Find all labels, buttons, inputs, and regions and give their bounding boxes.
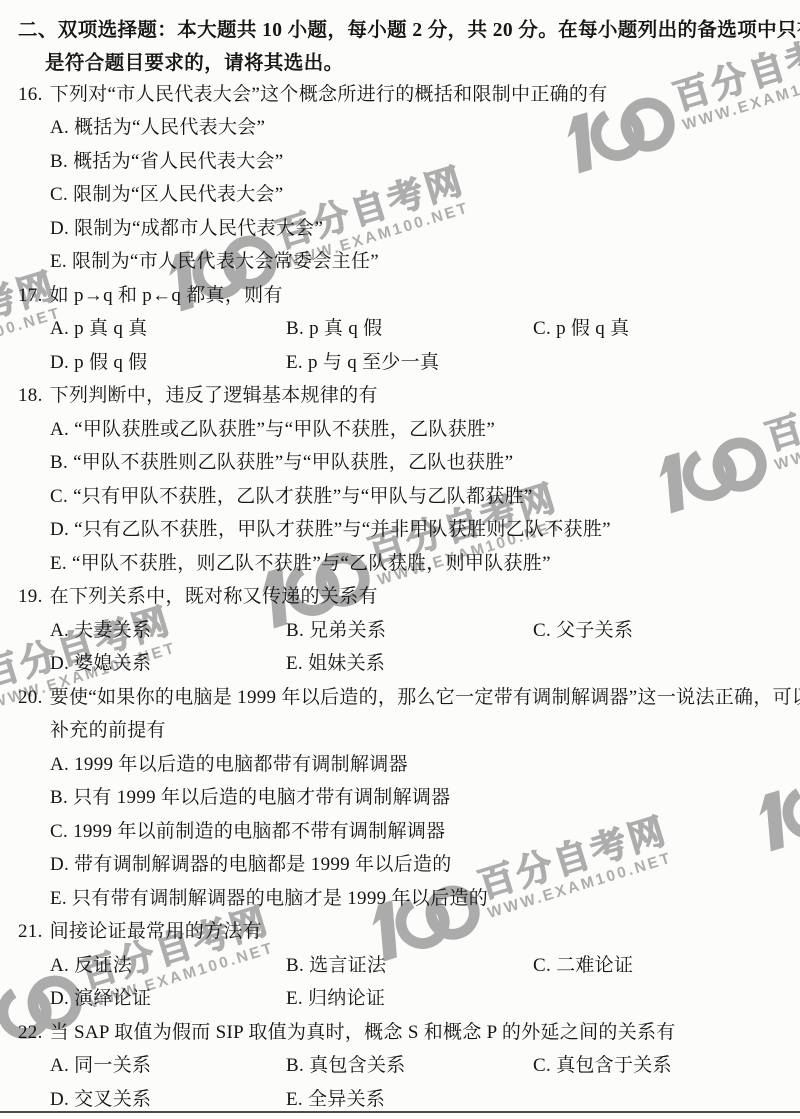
section-header-line1: 二、双项选择题：本大题共 10 小题，每小题 2 分，共 20 分。在每小题列出… — [18, 20, 800, 42]
option-19-b: B. 兄弟关系 — [286, 620, 386, 642]
watermark-site-name: 百分自考网 — [271, 161, 469, 254]
option-18-e: E. “甲队不获胜，则乙队不获胜”与“乙队获胜，则甲队获胜” — [50, 553, 551, 575]
option-20-d: D. 带有调制解调器的电脑都是 1999 年以后造的 — [50, 854, 452, 876]
question-stem-text: 间接论证最常用的方法有 — [50, 921, 262, 942]
question-number: 21. — [18, 921, 43, 943]
question-20-stem-line2: 补充的前提有 — [50, 720, 166, 742]
exam-paper-page: 百分自考网 WWW.EXAM100.NET 百分自考网 WWW.EXAM100.… — [0, 0, 800, 1119]
question-21-stem: 21.间接论证最常用的方法有 — [18, 921, 262, 943]
option-22-d: D. 交叉关系 — [50, 1089, 151, 1111]
option-16-e: E. 限制为“市人民代表大会常委会主任” — [50, 251, 379, 273]
watermark-site-name: 百分自考网 — [0, 601, 176, 694]
question-stem-text: 要使“如果你的电脑是 1999 年以后造的，那么它一定带有调制解调器”这一说法正… — [50, 687, 800, 708]
option-16-d: D. 限制为“成都市人民代表大会” — [50, 218, 323, 240]
option-22-c: C. 真包含于关系 — [533, 1055, 672, 1077]
watermark-site-name: 百分自考网 — [474, 811, 672, 904]
question-number: 19. — [18, 586, 43, 608]
watermark-site-name: 百分自考网 — [0, 266, 61, 359]
question-20-stem-line1: 20.要使“如果你的电脑是 1999 年以后造的，那么它一定带有调制解调器”这一… — [18, 687, 800, 709]
option-22-b: B. 真包含关系 — [286, 1055, 406, 1077]
option-20-b: B. 只有 1999 年以后造的电脑才带有调制解调器 — [50, 787, 450, 809]
watermark-site-url: WWW.EXAM100.NET — [773, 401, 800, 474]
option-22-a: A. 同一关系 — [50, 1055, 151, 1077]
option-16-c: C. 限制为“区人民代表大会” — [50, 184, 284, 206]
option-21-a: A. 反证法 — [50, 955, 132, 977]
option-21-e: E. 归纳论证 — [286, 988, 385, 1010]
question-number: 16. — [18, 84, 43, 106]
option-20-e: E. 只有带有调制解调器的电脑才是 1999 年以后造的 — [50, 888, 488, 910]
option-22-e: E. 全异关系 — [286, 1089, 385, 1111]
question-stem-text: 在下列关系中，既对称又传递的关系有 — [50, 586, 378, 607]
watermark-site-name: 百分自考网 — [76, 901, 274, 994]
question-stem-text: 下列判断中，违反了逻辑基本规律的有 — [50, 385, 378, 406]
option-19-e: E. 姐妹关系 — [286, 653, 385, 675]
option-21-b: B. 选言证法 — [286, 955, 386, 977]
option-17-e: E. p 与 q 至少一真 — [286, 352, 439, 374]
option-19-c: C. 父子关系 — [533, 620, 633, 642]
option-18-c: C. “只有甲队不获胜，乙队才获胜”与“甲队与乙队都获胜” — [50, 486, 533, 508]
question-22-stem: 22.当 SAP 取值为假而 SIP 取值为真时，概念 S 和概念 P 的外延之… — [18, 1022, 676, 1044]
option-16-b: B. 概括为“省人民代表大会” — [50, 151, 284, 173]
option-20-a: A. 1999 年以后造的电脑都带有调制解调器 — [50, 754, 408, 776]
question-number: 17. — [18, 285, 43, 307]
option-16-a: A. 概括为“人民代表大会” — [50, 117, 265, 139]
question-18-stem: 18.下列判断中，违反了逻辑基本规律的有 — [18, 385, 378, 407]
option-17-a: A. p 真 q 真 — [50, 318, 147, 340]
question-17-stem: 17.如 p→q 和 p←q 都真，则有 — [18, 285, 283, 307]
option-19-d: D. 婆媳关系 — [50, 653, 151, 675]
option-18-d: D. “只有乙队不获胜，甲队才获胜”与“并非甲队获胜则乙队不获胜” — [50, 519, 611, 541]
watermark-site-url: WWW.EXAM100.NET — [681, 61, 800, 134]
question-19-stem: 19.在下列关系中，既对称又传递的关系有 — [18, 586, 378, 608]
question-number: 20. — [18, 687, 43, 709]
option-21-c: C. 二难论证 — [533, 955, 633, 977]
watermark: 百分自考网 WWW.EXAM100.NET — [640, 364, 800, 523]
option-18-b: B. “甲队不获胜则乙队获胜”与“甲队获胜，乙队也获胜” — [50, 452, 513, 474]
question-16-stem: 16.下列对“市人民代表大会”这个概念所进行的概括和限制中正确的有 — [18, 84, 608, 106]
exam100-logo-icon — [740, 762, 800, 862]
option-20-c: C. 1999 年以前制造的电脑都不带有调制解调器 — [50, 821, 445, 843]
exam100-logo-icon — [640, 424, 773, 524]
question-stem-text: 如 p→q 和 p←q 都真，则有 — [50, 285, 283, 306]
page-bottom-rule — [0, 1111, 800, 1113]
watermark-site-name: 百分自考网 — [761, 363, 800, 456]
watermark: 百分自考网 WWW.EXAM100.NET — [740, 702, 800, 861]
section-header-line2: 是符合题目要求的，请将其选出。 — [45, 53, 344, 75]
option-17-c: C. p 假 q 真 — [533, 318, 629, 340]
option-17-b: B. p 真 q 假 — [286, 318, 382, 340]
question-number: 22. — [18, 1022, 43, 1044]
question-number: 18. — [18, 385, 43, 407]
option-21-d: D. 演绎论证 — [50, 988, 151, 1010]
question-stem-text: 下列对“市人民代表大会”这个概念所进行的概括和限制中正确的有 — [50, 84, 608, 105]
option-17-d: D. p 假 q 假 — [50, 352, 147, 374]
option-18-a: A. “甲队获胜或乙队获胜”与“甲队不获胜，乙队获胜” — [50, 419, 495, 441]
option-19-a: A. 夫妻关系 — [50, 620, 151, 642]
watermark-site-url: WWW.EXAM100.NET — [486, 849, 677, 922]
question-stem-text: 当 SAP 取值为假而 SIP 取值为真时，概念 S 和概念 P 的外延之间的关… — [50, 1022, 676, 1043]
